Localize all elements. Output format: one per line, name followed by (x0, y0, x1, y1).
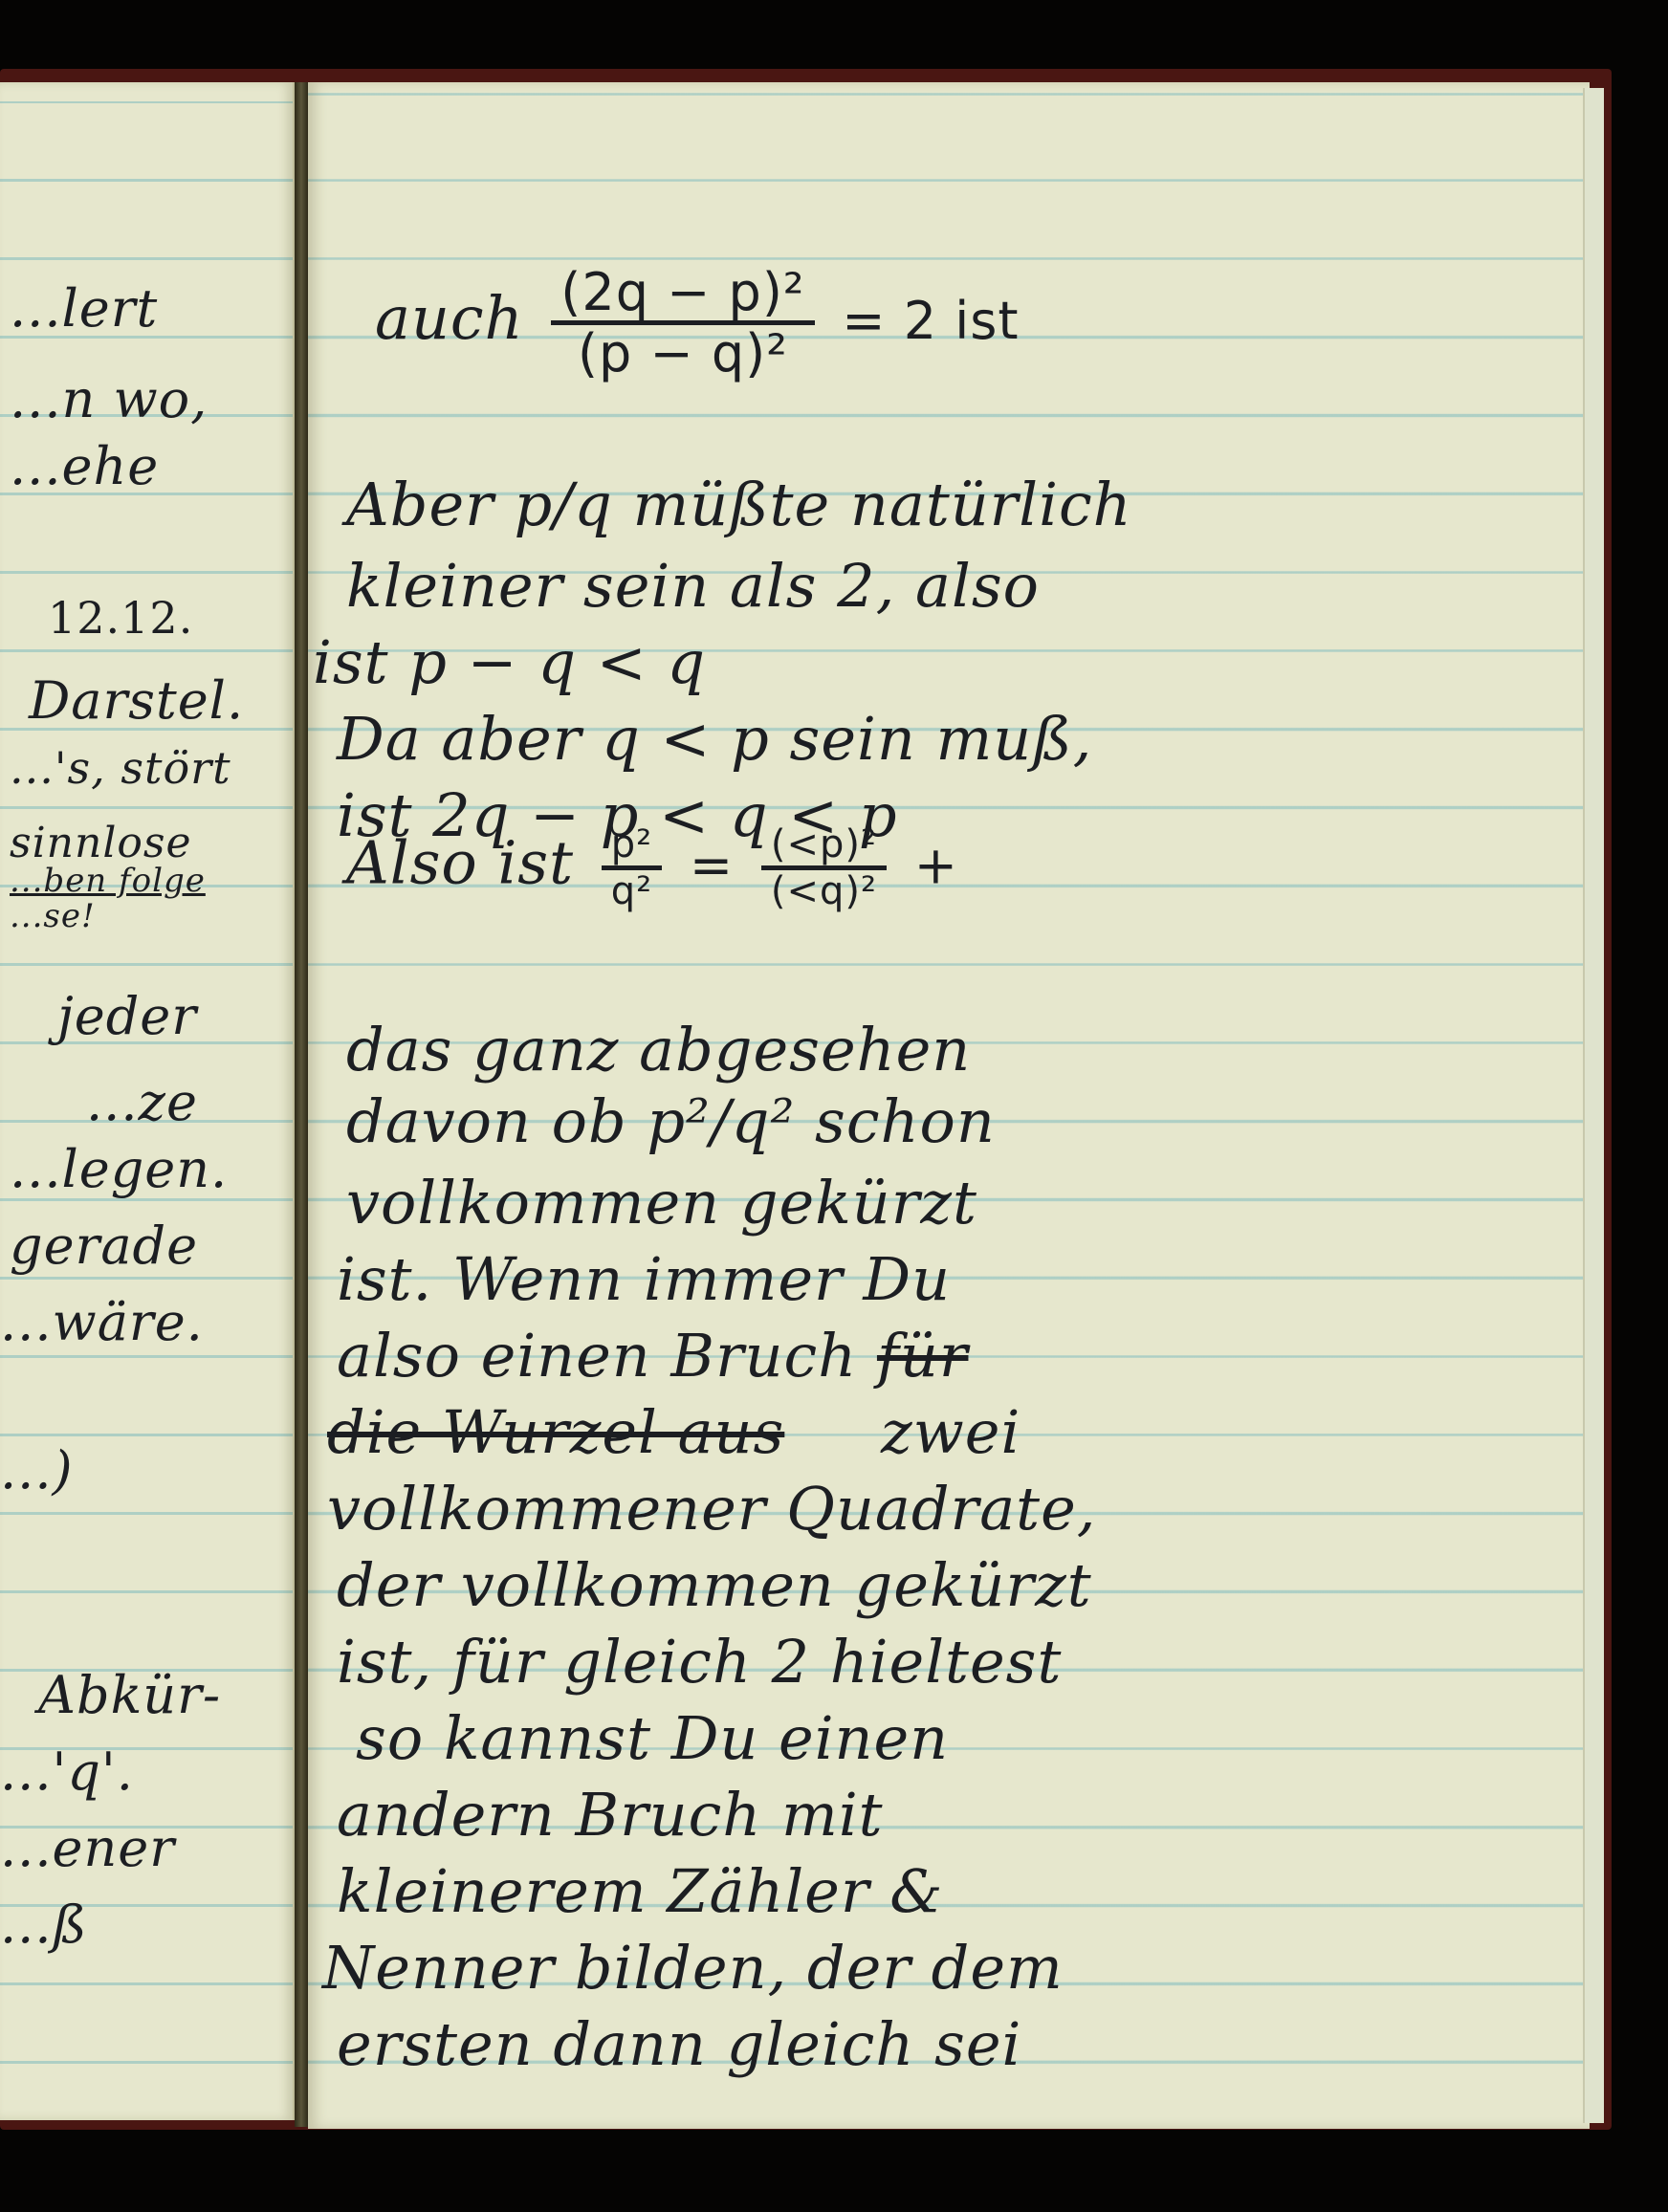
fraction-denominator: q² (611, 870, 652, 912)
right-line-19: kleinerem Zähler & (337, 1856, 943, 1926)
fraction: (2q − p)² (p − q)² (551, 264, 814, 383)
right-line-9: davon ob p²/q² schon (346, 1086, 996, 1156)
suffix: + (914, 836, 958, 896)
page-stack-edge (1583, 88, 1604, 2123)
left-line-14: ...wäre. (0, 1292, 204, 1352)
right-line-20: Nenner bilden, der dem (322, 1933, 1064, 2003)
text: auch (375, 283, 524, 353)
equation-rhs: = 2 ist (842, 291, 1019, 351)
right-line-3: kleiner sein als 2, also (346, 551, 1040, 621)
struck-text: die Wurzel aus (327, 1397, 784, 1467)
left-line-3: ...ehe (10, 436, 159, 496)
right-line-2: Aber p/q müßte natürlich (346, 470, 1132, 539)
left-line-8: ...ben folge (10, 862, 206, 900)
left-line-11: ...ze (86, 1072, 198, 1132)
left-line-15: ...) (0, 1440, 74, 1500)
right-line-8: das ganz abgesehen (346, 1015, 971, 1084)
left-line-2: ...n wo, (10, 369, 208, 429)
right-line-7: Also ist p² q² = (<p)² (<q)² + (346, 823, 958, 912)
fraction-left: p² q² (602, 823, 662, 912)
text: Also ist (346, 828, 574, 898)
right-line-5: Da aber q < p sein muß, (337, 704, 1092, 774)
left-line-13: gerade (10, 1216, 198, 1276)
left-line-16: Abkür- (38, 1665, 221, 1725)
left-line-17: ...'q'. (0, 1741, 134, 1802)
right-page: auch (2q − p)² (p − q)² = 2 ist Aber p/q… (308, 82, 1590, 2129)
right-line-13: die Wurzel aus zwei (327, 1397, 1021, 1467)
right-line-15: der vollkommen gekürzt (337, 1550, 1092, 1620)
right-line-21: ersten dann gleich sei (337, 2009, 1021, 2079)
text: zwei (881, 1397, 1021, 1467)
left-page: ...lert ...n wo, ...ehe 12.12. Darstel. … (0, 82, 295, 2120)
notebook-gutter (295, 82, 308, 2127)
text: also einen Bruch (337, 1321, 857, 1391)
right-line-10: vollkommen gekürzt (346, 1168, 977, 1237)
struck-text: für (877, 1321, 969, 1391)
right-line-1: auch (2q − p)² (p − q)² = 2 ist (375, 264, 1020, 383)
right-line-17: so kannst Du einen (356, 1703, 949, 1773)
left-line-1: ...lert (10, 278, 158, 339)
right-line-4: ist p − q < q (313, 627, 706, 697)
fraction-numerator: (2q − p)² (551, 264, 814, 325)
fraction-denominator: (p − q)² (578, 325, 788, 382)
left-line-6: ...'s, stört (10, 742, 231, 794)
left-line-19: ...ß (0, 1894, 88, 1955)
left-date: 12.12. (48, 592, 193, 644)
left-line-18: ...ener (0, 1818, 175, 1878)
fraction-numerator: p² (602, 823, 662, 870)
fraction-numerator: (<p)² (761, 823, 887, 870)
left-line-5: Darstel. (29, 670, 244, 731)
left-line-10: jeder (57, 986, 197, 1046)
right-line-16: ist, für gleich 2 hieltest (337, 1627, 1062, 1697)
left-line-7: sinnlose (10, 819, 192, 867)
right-line-14: vollkommener Quadrate, (327, 1474, 1096, 1544)
left-line-9: ...se! (10, 897, 96, 935)
left-line-12: ...legen. (10, 1139, 228, 1199)
right-line-12: also einen Bruch für (337, 1321, 968, 1391)
right-line-11: ist. Wenn immer Du (337, 1244, 951, 1314)
fraction-right: (<p)² (<q)² (761, 823, 887, 912)
fraction-denominator: (<q)² (771, 870, 877, 912)
right-line-18: andern Bruch mit (337, 1780, 884, 1850)
